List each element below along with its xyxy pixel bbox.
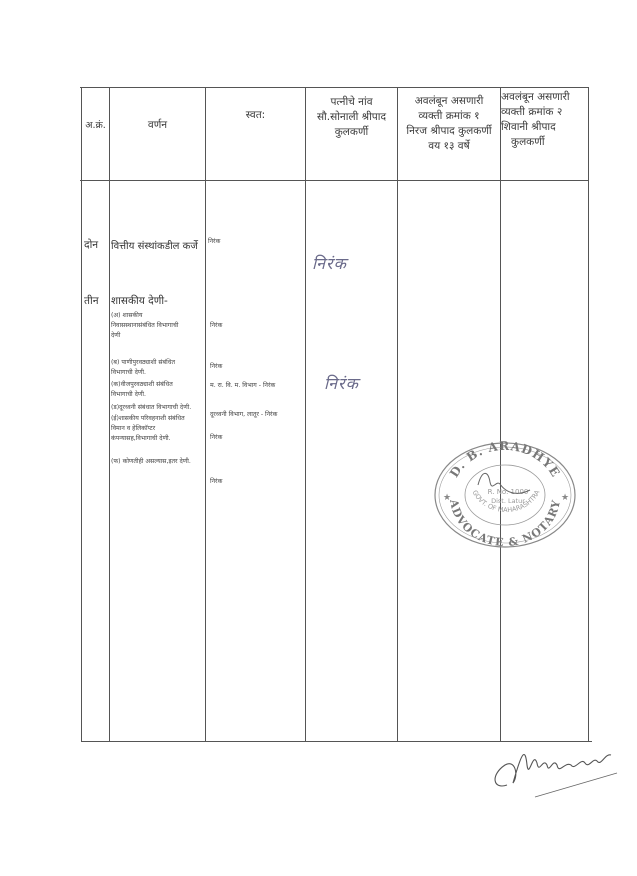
stamp-center-line-1: R. No. 1000 <box>488 488 529 496</box>
header-dependent-2-line-1: अवलंबून असणारी <box>501 90 588 105</box>
subitem-a-label2: निवासस्थानासंबंधित विभागाची <box>111 321 178 330</box>
header-spouse-line-3: कुलकर्णी <box>306 125 397 140</box>
header-bottom-border <box>80 180 588 181</box>
subitem-b-label2: विभागाची देणी. <box>111 368 146 377</box>
header-dependent-2-line-4: कुलकर्णी <box>501 135 588 150</box>
signature <box>485 735 625 805</box>
row-3-description: शासकीय देणी- <box>111 294 168 308</box>
table-top-border <box>80 87 588 88</box>
row-2-spouse-handwritten: निरंक <box>312 252 347 274</box>
subitem-a-label3: देणी <box>111 331 120 340</box>
subitem-a-label: (अ) शासकीय <box>111 311 142 320</box>
affidavit-page: अ.क्रं. वर्णन स्वत: पत्नीचे नांव सौ.सोना… <box>0 0 637 876</box>
row-2-description: वित्तीय संस्थांकडील कर्जे <box>111 238 198 252</box>
row-3-spouse-handwritten: निरंक <box>324 372 359 394</box>
subitem-e-label: (ई)शासकीय परिवहनाशी संबंधित <box>111 414 185 423</box>
header-dependent-1: अवलंबून असणारी व्यक्ती क्रमांक १ निरज श्… <box>398 94 500 154</box>
col-line-3 <box>305 87 306 742</box>
header-spouse-line-2: सौ.सोनाली श्रीपाद <box>306 110 397 125</box>
row-3-serial: तीन <box>84 294 99 308</box>
header-dependent-2-line-3: शिवानी श्रीपाद <box>501 120 588 135</box>
col-line-2 <box>205 87 206 742</box>
header-dependent-2: अवलंबून असणारी व्यक्ती क्रमांक २ शिवानी … <box>501 90 588 150</box>
header-dependent-1-line-2: व्यक्ती क्रमांक १ <box>398 109 500 124</box>
stamp-top-text: D. B. ARADHYE <box>447 440 563 480</box>
header-dependent-1-line-1: अवलंबून असणारी <box>398 94 500 109</box>
col-line-6 <box>588 87 589 742</box>
subitem-b-label: (ब) पाणीपुरवठ्याशी संबंधित <box>111 358 175 367</box>
row-2-serial: दोन <box>84 238 98 252</box>
svg-text:ADVOCATE & NOTARY: ADVOCATE & NOTARY <box>447 497 563 549</box>
header-dependent-1-line-4: वय १३ वर्षे <box>398 139 500 154</box>
header-dependent-2-line-2: व्यक्ती क्रमांक २ <box>501 105 588 120</box>
svg-text:★: ★ <box>561 493 569 503</box>
col-line-1 <box>109 87 110 742</box>
stamp-bottom-text: ADVOCATE & NOTARY <box>447 497 563 549</box>
header-self: स्वत: <box>206 108 305 123</box>
header-spouse-line-1: पत्नीचे नांव <box>306 95 397 110</box>
row-2-self: निरंक <box>208 237 220 246</box>
subitem-c-self: म. रा. वि. म. विभाग - निरंक <box>210 381 275 390</box>
notary-stamp: D. B. ARADHYE ADVOCATE & NOTARY GOVT. OF… <box>430 440 580 550</box>
col-line-5 <box>500 87 501 742</box>
subitem-e-label2: विमान व हेलिकॉप्टर <box>111 424 155 433</box>
subitem-c-label2: विभागाची देणी. <box>111 390 146 399</box>
stamp-center-line-2: Dist. Latur <box>491 497 525 505</box>
subitem-c-label: (क)वीजपुरवठ्याशी संबंधित <box>111 380 173 389</box>
subitem-d-self: दूरध्वनी विभाग, लातूर - निरंक <box>210 410 277 419</box>
svg-text:★: ★ <box>443 493 451 503</box>
col-line-4 <box>397 87 398 742</box>
header-description: वर्णन <box>110 118 205 133</box>
header-dependent-1-line-3: निरज श्रीपाद कुलकर्णी <box>398 124 500 139</box>
subitem-e-self: निरंक <box>210 433 222 442</box>
header-spouse: पत्नीचे नांव सौ.सोनाली श्रीपाद कुलकर्णी <box>306 95 397 140</box>
subitem-a-self: निरंक <box>210 321 222 330</box>
svg-text:D. B. ARADHYE: D. B. ARADHYE <box>447 440 563 480</box>
col-line-0 <box>81 87 82 742</box>
header-serial: अ.क्रं. <box>82 118 109 133</box>
subitem-f-label: (फ) कोणतीही असल्यास,इतर देणी. <box>111 457 191 466</box>
subitem-b-self: निरंक <box>210 362 222 371</box>
subitem-d-label: (ड)दूरध्वनी संबंधात विभागाची देणी. <box>111 403 191 412</box>
subitem-f-self: निरंक <box>210 477 222 486</box>
subitem-e-label3: कंपन्यासह,विभागाची देणी. <box>111 434 171 443</box>
